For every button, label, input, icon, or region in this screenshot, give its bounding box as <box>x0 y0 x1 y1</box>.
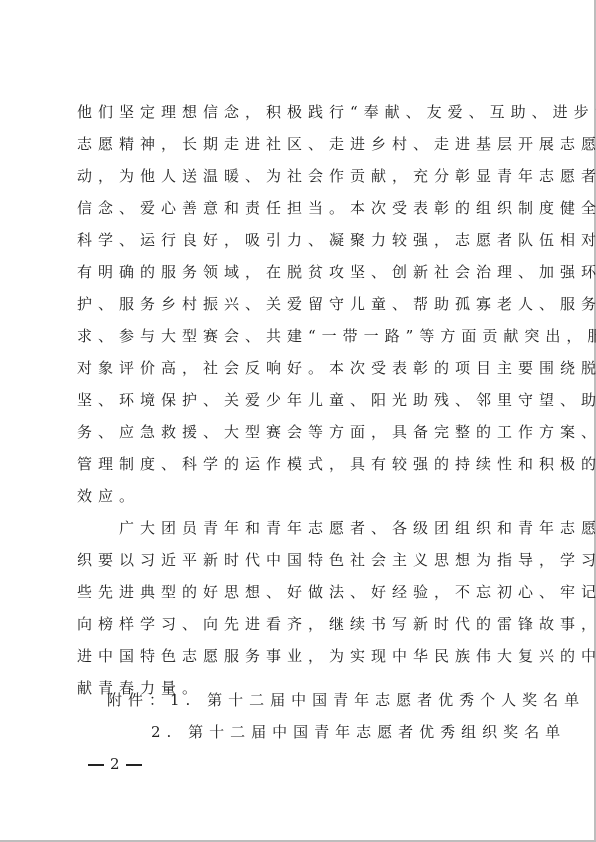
dash-icon <box>126 764 142 766</box>
body-text: 他们坚定理想信念，积极践行“奉献、友爱、互助、进步”的 志愿精神，长期走进社区、… <box>77 96 521 704</box>
paragraph-1: 他们坚定理想信念，积极践行“奉献、友爱、互助、进步”的 志愿精神，长期走进社区、… <box>77 96 521 512</box>
text-line: 护、服务乡村振兴、关爱留守儿童、帮助孤寡老人、服务社会需 <box>77 288 521 320</box>
text-line: 志愿精神，长期走进社区、走进乡村、走进基层开展志愿服务活 <box>77 128 521 160</box>
text-line: 坚、环境保护、关爱少年儿童、阳光助残、邻里守望、助老服 <box>77 384 521 416</box>
attachment-item-1: 附件：1. 第十二届中国青年志愿者优秀个人奖名单 <box>107 684 585 716</box>
text-line: 求、参与大型赛会、共建“一带一路”等方面贡献突出，服务 <box>77 320 521 352</box>
text-line: 有明确的服务领域，在脱贫攻坚、创新社会治理、加强环境保 <box>77 256 521 288</box>
text-line: 广大团员青年和青年志愿者、各级团组织和青年志愿服务组 <box>77 512 521 544</box>
dash-icon <box>88 764 104 766</box>
attachments-list: 附件：1. 第十二届中国青年志愿者优秀个人奖名单 2. 第十二届中国青年志愿者优… <box>107 684 585 748</box>
attachment-title: 1. 第十二届中国青年志愿者优秀个人奖名单 <box>170 691 585 709</box>
text-line: 他们坚定理想信念，积极践行“奉献、友爱、互助、进步”的 <box>77 96 521 128</box>
text-line: 动，为他人送温暖、为社会作贡献，充分彰显青年志愿者的理想 <box>77 160 521 192</box>
document-page: 他们坚定理想信念，积极践行“奉献、友爱、互助、进步”的 志愿精神，长期走进社区、… <box>0 0 596 842</box>
text-line: 对象评价高，社会反响好。本次受表彰的项目主要围绕脱贫攻 <box>77 352 521 384</box>
text-line: 织要以习近平新时代中国特色社会主义思想为指导，学习宣传这 <box>77 544 521 576</box>
paragraph-2: 广大团员青年和青年志愿者、各级团组织和青年志愿服务组 织要以习近平新时代中国特色… <box>77 512 521 704</box>
attachment-item-2: 2. 第十二届中国青年志愿者优秀组织奖名单 <box>107 716 585 748</box>
text-line: 信念、爱心善意和责任担当。本次受表彰的组织制度健全、管理 <box>77 192 521 224</box>
attachments-label: 附件： <box>107 691 170 709</box>
text-line: 管理制度、科学的运作模式，具有较强的持续性和积极的示范 <box>77 448 521 480</box>
text-line: 进中国特色志愿服务事业，为实现中华民族伟大复兴的中国梦贡 <box>77 640 521 672</box>
text-line: 科学、运行良好，吸引力、凝聚力较强，志愿者队伍相对稳定， <box>77 224 521 256</box>
text-line: 些先进典型的好思想、好做法、好经验，不忘初心、牢记使命， <box>77 576 521 608</box>
text-line: 效应。 <box>77 480 521 512</box>
page-number: 2 <box>82 752 148 776</box>
text-line: 务、应急救援、大型赛会等方面，具备完整的工作方案、规范的 <box>77 416 521 448</box>
attachment-title: 2. 第十二届中国青年志愿者优秀组织奖名单 <box>151 723 566 741</box>
text-line: 向榜样学习、向先进看齐，继续书写新时代的雷锋故事，不断推 <box>77 608 521 640</box>
page-number-value: 2 <box>110 755 120 773</box>
